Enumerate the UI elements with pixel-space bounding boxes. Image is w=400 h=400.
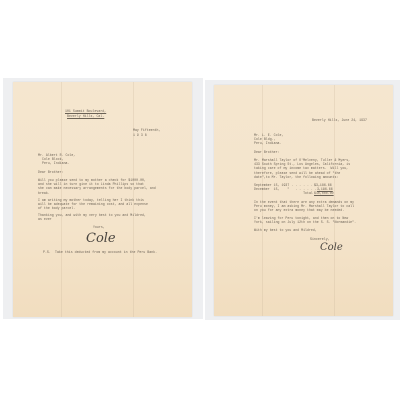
letter-date: Beverly Hills, June 24, 1937 (312, 118, 367, 122)
paragraph-3: Thanking you, and with my very best to y… (38, 213, 146, 221)
closing: Sincerely, (310, 237, 330, 241)
paragraph-1: Mr. Marshall Taylor of O'Melveny, Tuller… (254, 158, 350, 179)
closing: Yours, (93, 225, 105, 229)
amount-total-label: Total (254, 191, 313, 195)
letter-date-year: 1 9 3 8 (133, 133, 147, 137)
paragraph-2: In the event that there are any extra de… (254, 200, 354, 213)
return-address-line-1: 101 Summit Boulevard, (65, 109, 106, 113)
paragraph-3: I'm leaving for Peru tonight, and then o… (254, 216, 356, 224)
signature: Cole (320, 242, 343, 253)
return-address-line-2: Beverly Hills, Cal. (67, 114, 104, 118)
paragraph-2: I am writing my mother today, telling he… (38, 198, 148, 211)
left-letter-paper: 101 Summit Boulevard, Beverly Hills, Cal… (13, 82, 192, 317)
postscript: Take this deducted from my account in th… (55, 250, 157, 254)
recipient-line-3: Peru, Indiana. (254, 141, 281, 145)
salutation: Dear Brother: (38, 170, 64, 174)
amount-total-value: $10,000.00 (314, 191, 334, 195)
signature: Cole (86, 231, 116, 246)
letter-date: May Fifteenth, (133, 128, 160, 132)
postscript-label: P.S. (43, 250, 51, 254)
paragraph-4: With my best to you and Mildred, (254, 228, 317, 232)
right-letter-paper: Beverly Hills, June 24, 1937 Mr. L. E. C… (214, 85, 393, 316)
recipient-line-3: Peru, Indiana. (42, 161, 69, 165)
paragraph-1: Will you please send to my mother a chec… (38, 178, 156, 195)
salutation: Dear Brother: (254, 150, 280, 154)
